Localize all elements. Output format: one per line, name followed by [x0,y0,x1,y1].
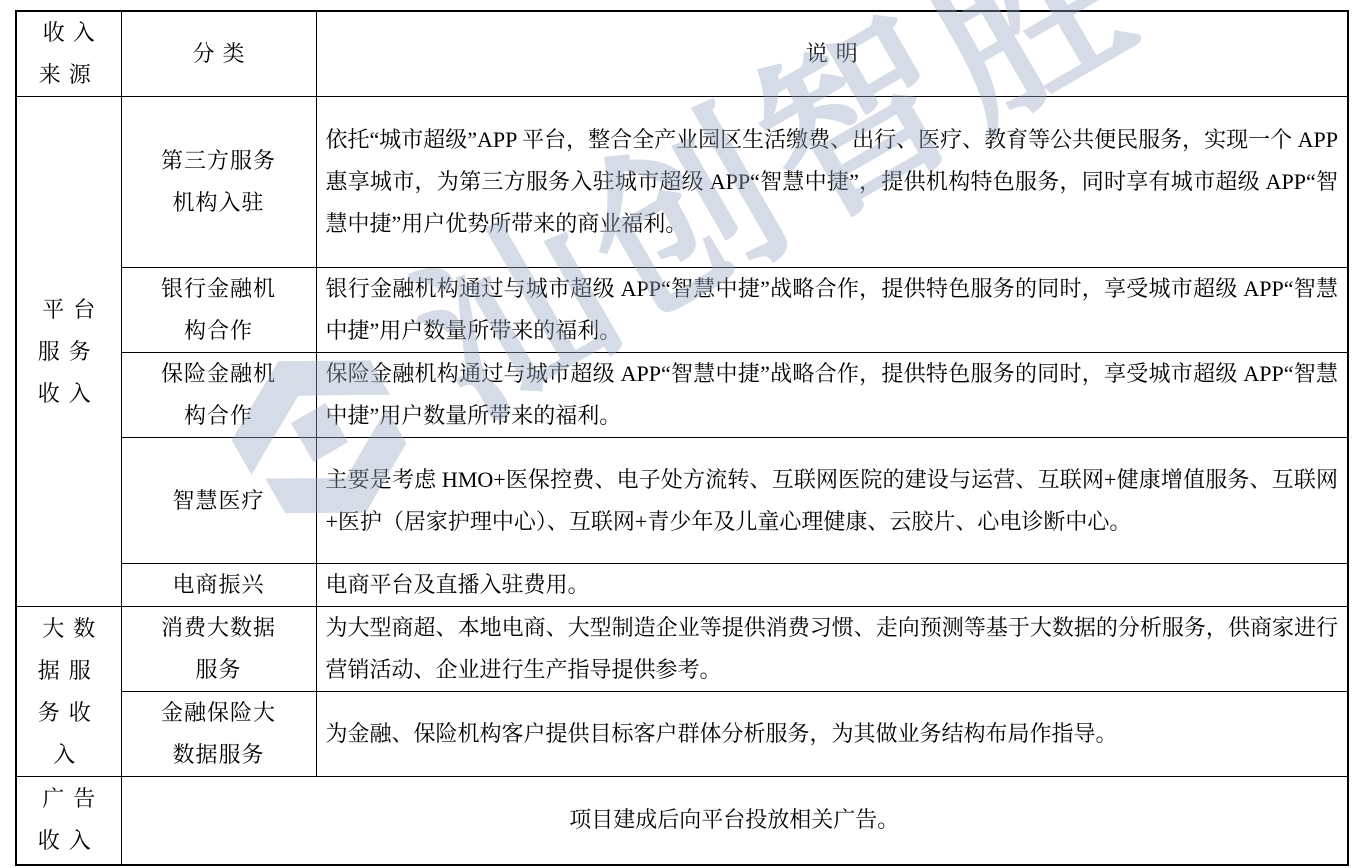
description-insurance-finance-coop: 保险金融机构通过与城市超级 APP“智慧中捷”战略合作，提供特色服务的同时，享受… [316,353,1348,438]
table-row: 平台 服务 收入 第三方服务 机构入驻 依托“城市超级”APP 平台，整合全产业… [16,97,1348,268]
header-category: 分类 [121,11,316,97]
description-ecommerce-revitalization: 电商平台及直播入驻费用。 [316,564,1348,607]
description-consumer-big-data: 为大型商超、本地电商、大型制造企业等提供消费习惯、走向预测等基于大数据的分析服务… [316,607,1348,692]
description-smart-medical: 主要是考虑 HMO+医保控费、电子处方流转、互联网医院的建设与运营、互联网+健康… [316,438,1348,564]
description-finance-insurance-big-data: 为金融、保险机构客户提供目标客户群体分析服务，为其做业务结构布局作指导。 [316,692,1348,777]
table-row: 广告 收入 项目建成后向平台投放相关广告。 [16,777,1348,865]
category-insurance-finance-coop: 保险金融机 构合作 [121,353,316,438]
header-description: 说明 [316,11,1348,97]
table-row: 大数 据服 务收 入 消费大数据 服务 为大型商超、本地电商、大型制造企业等提供… [16,607,1348,692]
description-third-party-entry: 依托“城市超级”APP 平台，整合全产业园区生活缴费、出行、医疗、教育等公共便民… [316,97,1348,268]
table-row: 电商振兴 电商平台及直播入驻费用。 [16,564,1348,607]
category-ecommerce-revitalization: 电商振兴 [121,564,316,607]
category-bank-finance-coop: 银行金融机 构合作 [121,268,316,353]
source-advertising-income: 广告 收入 [16,777,121,865]
description-advertising: 项目建成后向平台投放相关广告。 [121,777,1348,865]
category-third-party-entry: 第三方服务 机构入驻 [121,97,316,268]
source-big-data-service-income: 大数 据服 务收 入 [16,607,121,777]
category-consumer-big-data: 消费大数据 服务 [121,607,316,692]
table-header-row: 收入 来源 分类 说明 [16,11,1348,97]
category-smart-medical: 智慧医疗 [121,438,316,564]
table-row: 智慧医疗 主要是考虑 HMO+医保控费、电子处方流转、互联网医院的建设与运营、互… [16,438,1348,564]
description-bank-finance-coop: 银行金融机构通过与城市超级 APP“智慧中捷”战略合作，提供特色服务的同时，享受… [316,268,1348,353]
revenue-sources-table: 收入 来源 分类 说明 平台 服务 收入 第三方服务 机构入驻 依托“城市超级”… [15,10,1349,866]
table-row: 保险金融机 构合作 保险金融机构通过与城市超级 APP“智慧中捷”战略合作，提供… [16,353,1348,438]
document-page: 收入 来源 分类 说明 平台 服务 收入 第三方服务 机构入驻 依托“城市超级”… [0,0,1362,868]
header-income-source: 收入 来源 [16,11,121,97]
category-finance-insurance-big-data: 金融保险大 数据服务 [121,692,316,777]
table-row: 金融保险大 数据服务 为金融、保险机构客户提供目标客户群体分析服务，为其做业务结… [16,692,1348,777]
source-platform-service-income: 平台 服务 收入 [16,97,121,607]
table-row: 银行金融机 构合作 银行金融机构通过与城市超级 APP“智慧中捷”战略合作，提供… [16,268,1348,353]
